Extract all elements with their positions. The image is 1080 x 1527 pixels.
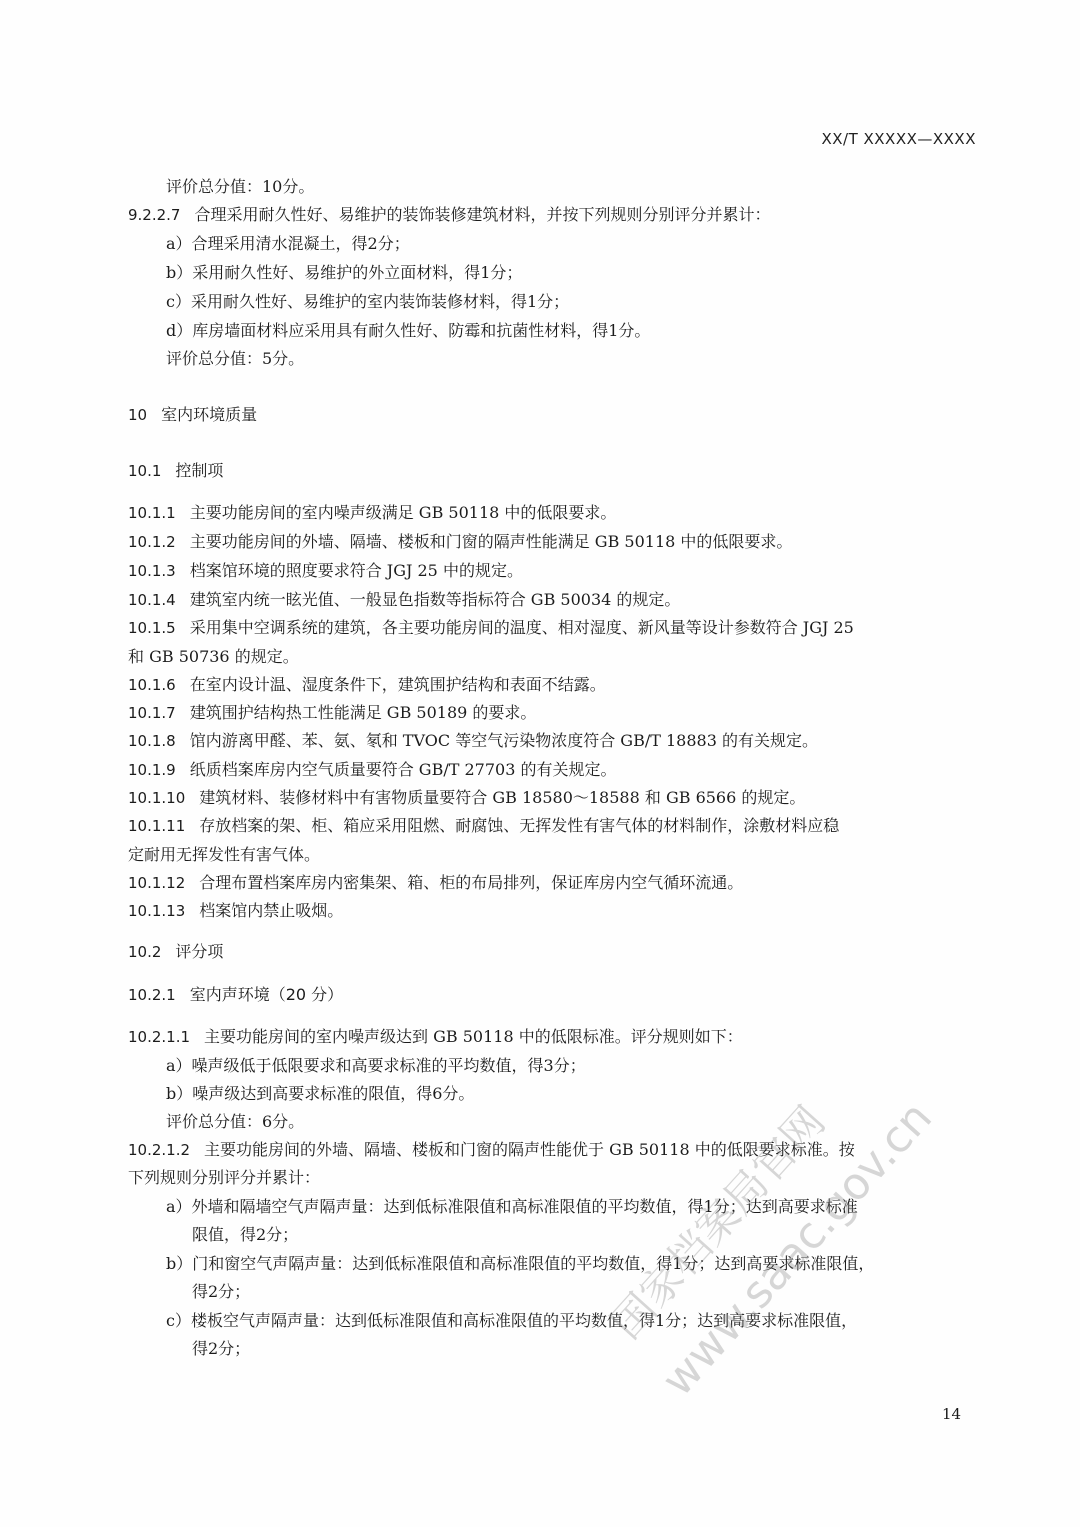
section-heading-10-2-1: 10.2.1室内声环境（20 分） [128, 985, 343, 1005]
list-item: b）采用耐久性好、易维护的外立面材料，得1分； [166, 263, 522, 283]
document-page: XX/T XXXXX—XXXX 评价总分值：10分。 9.2.2.7合理采用耐久… [0, 0, 1080, 1527]
section-heading-10-1: 10.1控制项 [128, 461, 223, 481]
list-item: b）门和窗空气声隔声量：达到低标准限值和高标准限值的平均数值，得1分；达到高要求… [166, 1254, 874, 1274]
list-item: c）楼板空气声隔声量：达到低标准限值和高标准限值的平均数值，得1分；达到高要求标… [166, 1311, 857, 1331]
clause-10-1-1: 10.1.1主要功能房间的室内噪声级满足 GB 50118 中的低限要求。 [128, 503, 616, 523]
list-item: b）噪声级达到高要求标准的限值，得6分。 [166, 1084, 474, 1104]
clause-10-2-1-1: 10.2.1.1主要功能房间的室内噪声级达到 GB 50118 中的低限标准。评… [128, 1027, 743, 1047]
clause-10-1-6: 10.1.6在室内设计温、湿度条件下，建筑围护结构和表面不结露。 [128, 675, 606, 695]
clause-10-2-1-2: 10.2.1.2主要功能房间的外墙、隔墙、楼板和门窗的隔声性能优于 GB 501… [128, 1140, 855, 1160]
list-item: c）采用耐久性好、易维护的室内装饰装修材料，得1分； [166, 292, 569, 312]
clause-continuation: 下列规则分别评分并累计： [128, 1168, 320, 1188]
clause-10-1-10: 10.1.10建筑材料、装修材料中有害物质量要符合 GB 18580～18588… [128, 788, 805, 808]
text-line: 评价总分值：10分。 [166, 177, 314, 197]
list-item-continuation: 得2分； [192, 1282, 250, 1302]
list-item: a）噪声级低于低限要求和高要求标准的平均数值，得3分； [166, 1056, 586, 1076]
list-item: a）合理采用清水混凝土，得2分； [166, 234, 410, 254]
clause-10-1-5: 10.1.5采用集中空调系统的建筑，各主要功能房间的温度、相对湿度、新风量等设计… [128, 618, 854, 638]
list-item: a）外墙和隔墙空气声隔声量：达到低标准限值和高标准限值的平均数值，得1分；达到高… [166, 1197, 858, 1217]
text-line: 评价总分值：5分。 [166, 349, 304, 369]
page-number: 14 [942, 1405, 961, 1423]
clause-10-1-9: 10.1.9纸质档案库房内空气质量要符合 GB/T 27703 的有关规定。 [128, 760, 616, 780]
clause-10-1-12: 10.1.12合理布置档案库房内密集架、箱、柜的布局排列，保证库房内空气循环流通… [128, 873, 743, 893]
clause-10-1-4: 10.1.4建筑室内统一眩光值、一般显色指数等指标符合 GB 50034 的规定… [128, 590, 680, 610]
text-line: 评价总分值：6分。 [166, 1112, 304, 1132]
clause-10-1-7: 10.1.7建筑围护结构热工性能满足 GB 50189 的要求。 [128, 703, 536, 723]
clause-10-1-2: 10.1.2主要功能房间的外墙、隔墙、楼板和门窗的隔声性能满足 GB 50118… [128, 532, 792, 552]
list-item: d）库房墙面材料应采用具有耐久性好、防霉和抗菌性材料，得1分。 [166, 321, 650, 341]
clause-10-1-11: 10.1.11存放档案的架、柜、箱应采用阻燃、耐腐蚀、无挥发性有害气体的材料制作… [128, 816, 839, 836]
clause-continuation: 定耐用无挥发性有害气体。 [128, 845, 320, 865]
list-item-continuation: 限值，得2分； [192, 1225, 298, 1245]
standard-code: XX/T XXXXX—XXXX [821, 130, 976, 148]
section-heading-10-2: 10.2评分项 [128, 942, 223, 962]
clause-9-2-2-7: 9.2.2.7合理采用耐久性好、易维护的装饰装修建筑材料，并按下列规则分别评分并… [128, 205, 771, 225]
clause-10-1-8: 10.1.8馆内游离甲醛、苯、氨、氡和 TVOC 等空气污染物浓度符合 GB/T… [128, 731, 818, 751]
list-item-continuation: 得2分； [192, 1339, 250, 1359]
clause-continuation: 和 GB 50736 的规定。 [128, 647, 299, 667]
clause-10-1-3: 10.1.3档案馆环境的照度要求符合 JGJ 25 中的规定。 [128, 561, 523, 581]
clause-10-1-13: 10.1.13档案馆内禁止吸烟。 [128, 901, 343, 921]
section-heading-10: 10室内环境质量 [128, 405, 257, 425]
